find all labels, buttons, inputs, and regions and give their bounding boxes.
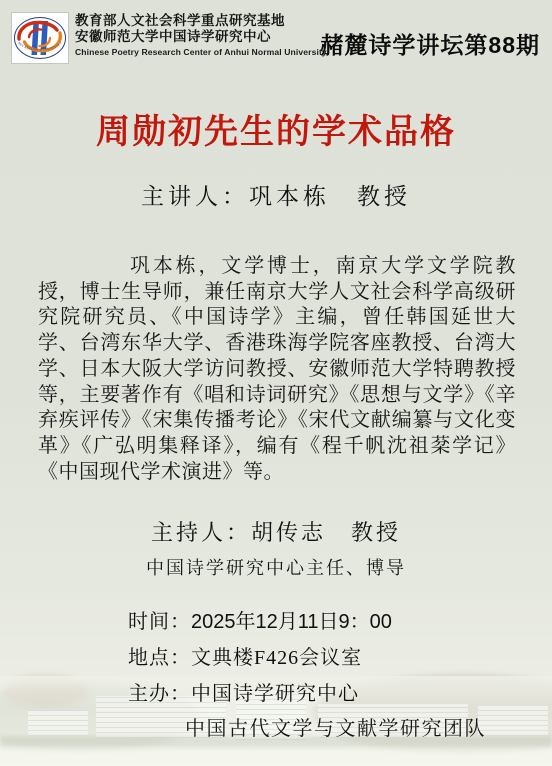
org-name-line1: 教育部人文社会科学重点研究基地 bbox=[75, 13, 327, 29]
event-info: 时间：2025年12月11日9：00 地点：文典楼F426会议室 主办：中国诗学… bbox=[128, 605, 392, 713]
venue-label: 地点： bbox=[128, 647, 191, 669]
speaker-bio: 巩本栋，文学博士，南京大学文学院教授，博士生导师，兼任南京大学人文社会科学高级研… bbox=[38, 254, 516, 485]
org-name-line2: 安徽师范大学中国诗学研究中心 bbox=[75, 29, 327, 45]
host-subtitle: 中国诗学研究中心主任、博导 bbox=[0, 554, 552, 580]
organizer-label: 主办： bbox=[128, 683, 191, 705]
host-line: 主持人：胡传志 教授 bbox=[0, 516, 552, 547]
time-value: 2025年12月11日9：00 bbox=[191, 611, 392, 633]
lecture-poster: KEY RESEARCH INSTITUTE IN UNIVERSITY 教育部… bbox=[0, 0, 552, 766]
org-name-english: Chinese Poetry Research Center of Anhui … bbox=[75, 47, 327, 57]
speaker-line: 主讲人：巩本栋 教授 bbox=[0, 178, 552, 211]
time-row: 时间：2025年12月11日9：00 bbox=[128, 605, 392, 641]
venue-row: 地点：文典楼F426会议室 bbox=[128, 641, 392, 677]
organizer-row: 主办：中国诗学研究中心 bbox=[128, 677, 392, 713]
center-logo: KEY RESEARCH INSTITUTE IN UNIVERSITY bbox=[12, 13, 68, 63]
lecture-title: 周勋初先生的学术品格 bbox=[0, 104, 552, 153]
organization-header: 教育部人文社会科学重点研究基地 安徽师范大学中国诗学研究中心 Chinese P… bbox=[75, 13, 327, 57]
organizer-value: 中国诗学研究中心 bbox=[191, 683, 359, 705]
time-label: 时间： bbox=[128, 611, 191, 633]
organizer-team: 中国古代文学与文献学研究团队 bbox=[185, 712, 486, 741]
venue-value: 文典楼F426会议室 bbox=[191, 647, 362, 669]
lecture-series-title: 赭麓诗学讲坛第88期 bbox=[320, 27, 540, 60]
poetry-center-emblem-icon: KEY RESEARCH INSTITUTE IN UNIVERSITY bbox=[12, 13, 68, 63]
